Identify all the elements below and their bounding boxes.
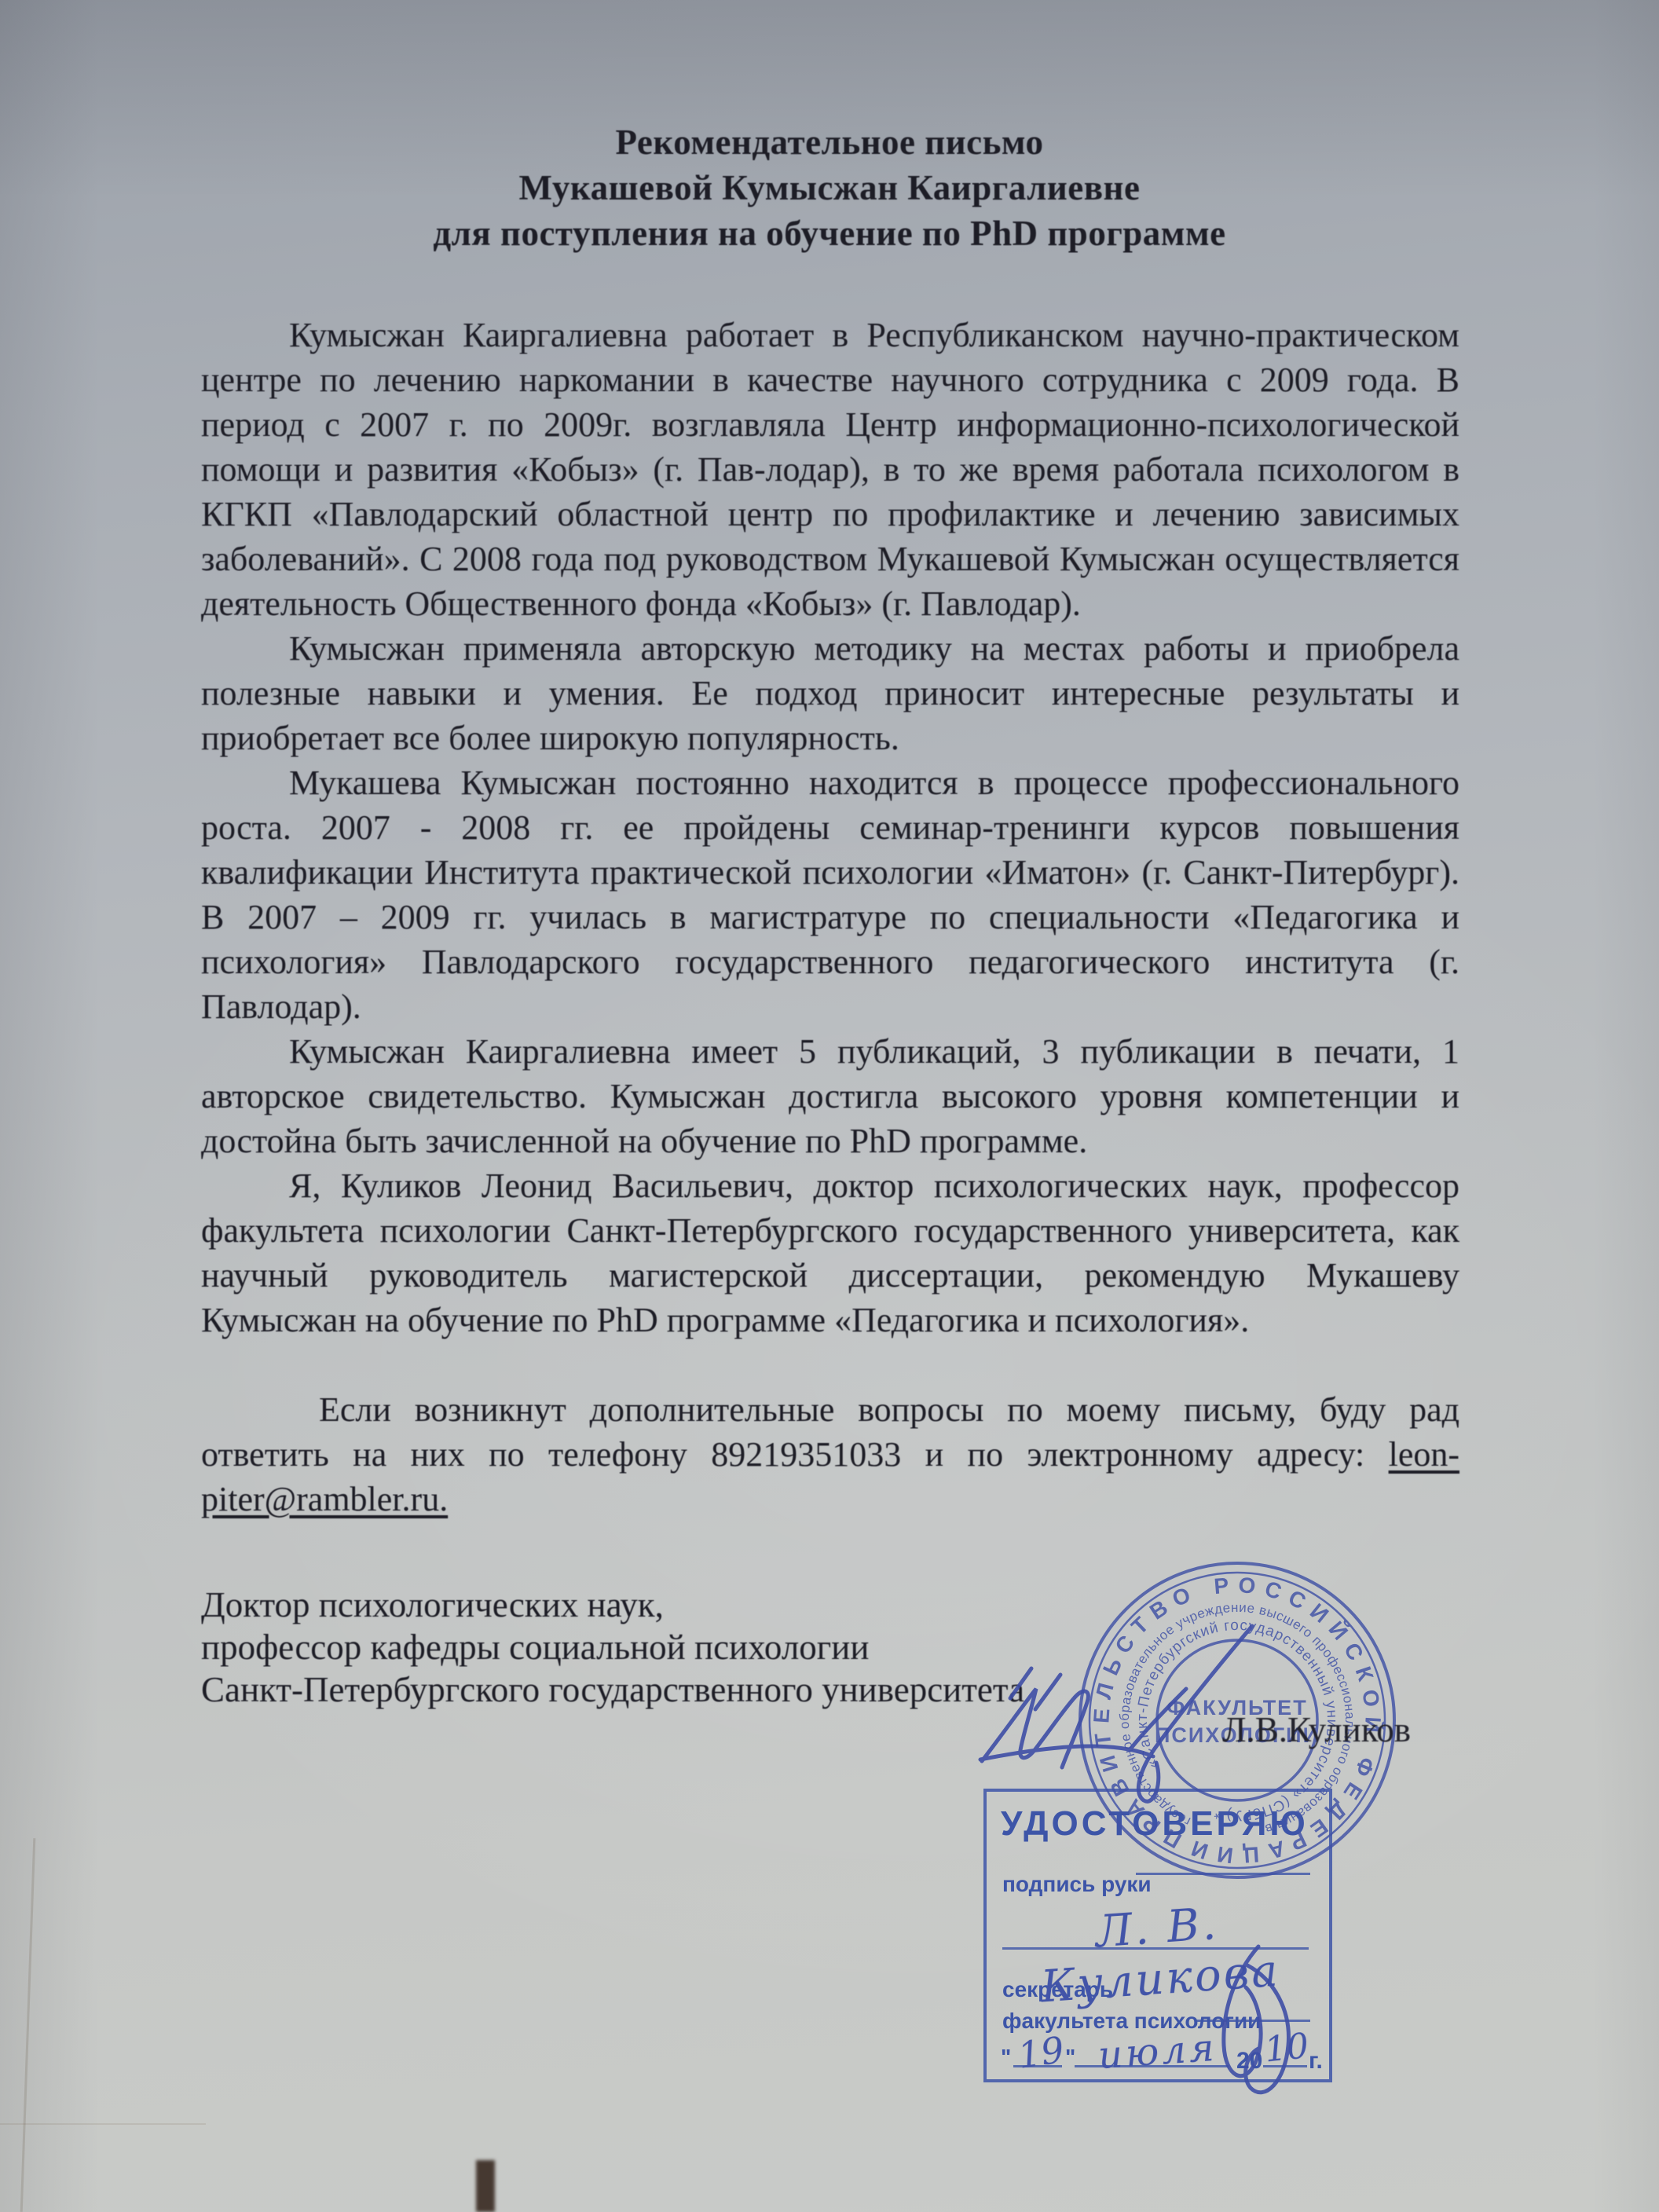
closing-text: Если возникнут дополнительные вопросы по… <box>201 1390 1459 1474</box>
date-year-printed: 20 <box>1236 2048 1262 2075</box>
date-quote-open: " <box>1001 2045 1011 2070</box>
photo-of-letter: { "letter": { "title_lines": [ "Рекоменд… <box>0 0 1659 2212</box>
signoff-line-2: профессор кафедры социальной психологии <box>201 1626 1024 1668</box>
closing-paragraph: Если возникнут дополнительные вопросы по… <box>201 1387 1459 1522</box>
signer-name: Л.В.Куликов <box>1222 1709 1411 1750</box>
handwritten-name: Л. В. Куликова <box>1018 1893 1299 2014</box>
signature-line <box>1136 1873 1310 1875</box>
title-line-2: Мукашевой Кумысжан Каиргалиевне <box>201 165 1458 211</box>
letter-body: Кумысжан Каиргалиевна работает в Республ… <box>201 313 1459 1522</box>
signoff-line-1: Доктор психологических наук, <box>201 1584 1024 1626</box>
title-line-3: для поступления на обучение по PhD прогр… <box>201 211 1458 256</box>
paragraph-5: Я, Куликов Леонид Васильевич, доктор пси… <box>201 1163 1459 1342</box>
signoff-line-3: Санкт-Петербургского государственного ун… <box>201 1668 1024 1711</box>
certify-title: УДОСТОВЕРЯЮ <box>1001 1804 1312 1844</box>
secretary-signature-line <box>1197 2020 1310 2022</box>
handwritten-date-month: июля <box>1097 2026 1218 2078</box>
paragraph-4: Кумысжан Каиргалиевна имеет 5 публикаций… <box>201 1029 1459 1163</box>
handwritten-date-day: 19 <box>1016 2028 1067 2077</box>
paragraph-1: Кумысжан Каиргалиевна работает в Республ… <box>201 313 1459 626</box>
signature-line-label: подпись руки <box>1002 1872 1152 1897</box>
date-suffix: г. <box>1309 2048 1323 2075</box>
paper-edge-line <box>0 2123 206 2125</box>
letter-sheet: Рекомендательное письмо Мукашевой Кумысж… <box>0 0 1659 2212</box>
background-object <box>476 2160 495 2212</box>
paragraph-3: Мукашева Кумысжан постоянно находится в … <box>201 760 1459 1029</box>
paragraph-2: Кумысжан применяла авторскую методику на… <box>201 626 1459 760</box>
handwritten-date-year: 10 <box>1262 2026 1310 2071</box>
letter-title: Рекомендательное письмо Мукашевой Кумысж… <box>201 119 1458 256</box>
title-line-1: Рекомендательное письмо <box>201 119 1458 165</box>
signoff-block: Доктор психологических наук, профессор к… <box>201 1584 1024 1711</box>
